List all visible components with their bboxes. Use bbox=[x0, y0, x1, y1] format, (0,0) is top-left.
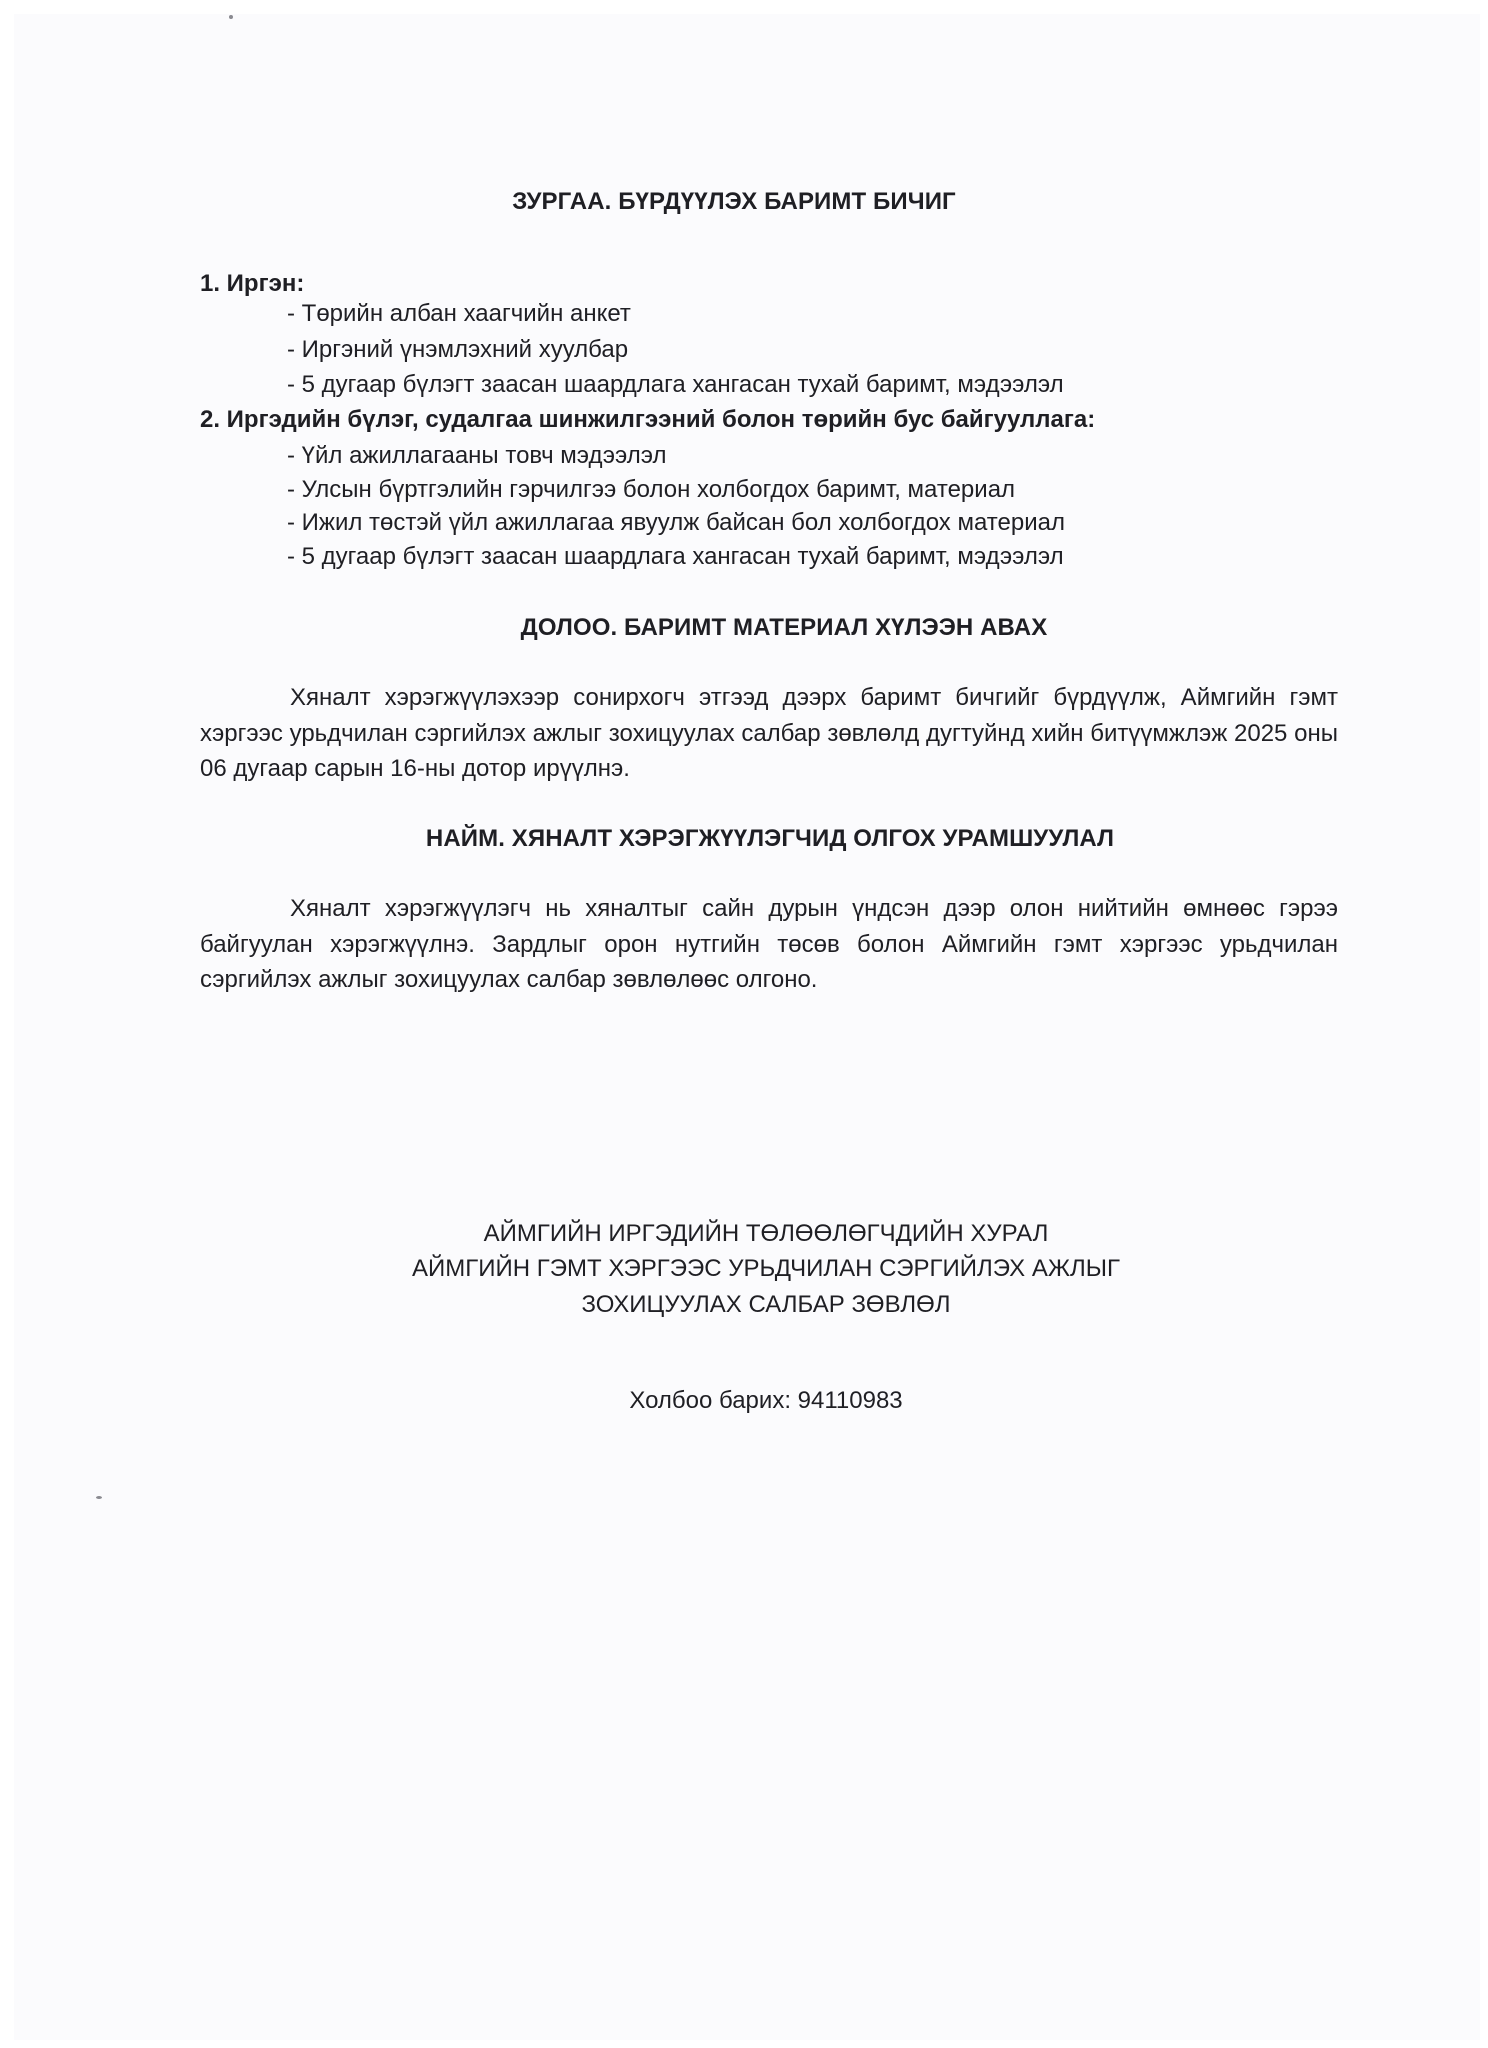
group2-item: - Ижил төстэй үйл ажиллагаа явуулж байса… bbox=[287, 509, 1065, 537]
section8-paragraph: Хяналт хэрэгжүүлэгч нь хяналтыг сайн дур… bbox=[200, 891, 1338, 998]
group1-item: - Төрийн албан хаагчийн анкет bbox=[287, 300, 631, 328]
group1-heading: 1. Иргэн: bbox=[200, 270, 304, 298]
group1-item: - 5 дугаар бүлэгт заасан шаардлага ханга… bbox=[287, 371, 1064, 399]
group2-item: - Үйл ажиллагааны товч мэдээлэл bbox=[287, 442, 666, 470]
section7-title: ДОЛОО. БАРИМТ МАТЕРИАЛ ХҮЛЭЭН АВАХ bbox=[40, 614, 1488, 642]
signature-line-3: ЗОХИЦУУЛАХ САЛБАР ЗӨВЛӨЛ bbox=[0, 1287, 1488, 1323]
scanned-page bbox=[14, 14, 1480, 2040]
signature-line-1: АЙМГИЙН ИРГЭДИЙН ТӨЛӨӨЛӨГЧДИЙН ХУРАЛ bbox=[0, 1216, 1488, 1252]
section8-title: НАЙМ. ХЯНАЛТ ХЭРЭГЖҮҮЛЭГЧИД ОЛГОХ УРАМШУ… bbox=[26, 825, 1488, 853]
group2-item: - Улсын бүртгэлийн гэрчилгээ болон холбо… bbox=[287, 476, 1015, 504]
group1-item: - Иргэний үнэмлэхний хуулбар bbox=[287, 336, 628, 364]
group2-heading: 2. Иргэдийн бүлэг, судалгаа шинжилгээний… bbox=[200, 406, 1095, 434]
section6-title: ЗУРГАА. БҮРДҮҮЛЭХ БАРИМТ БИЧИГ bbox=[0, 188, 1478, 216]
contact-phone: Холбоо барих: 94110983 bbox=[0, 1383, 1488, 1419]
scan-speck bbox=[229, 15, 233, 19]
group2-item: - 5 дугаар бүлэгт заасан шаардлага ханга… bbox=[287, 543, 1064, 571]
section7-paragraph: Хяналт хэрэгжүүлэхээр сонирхогч этгээд д… bbox=[200, 680, 1338, 787]
scan-speck bbox=[96, 1496, 102, 1499]
signature-line-2: АЙМГИЙН ГЭМТ ХЭРГЭЭС УРЬДЧИЛАН СЭРГИЙЛЭХ… bbox=[0, 1251, 1488, 1287]
